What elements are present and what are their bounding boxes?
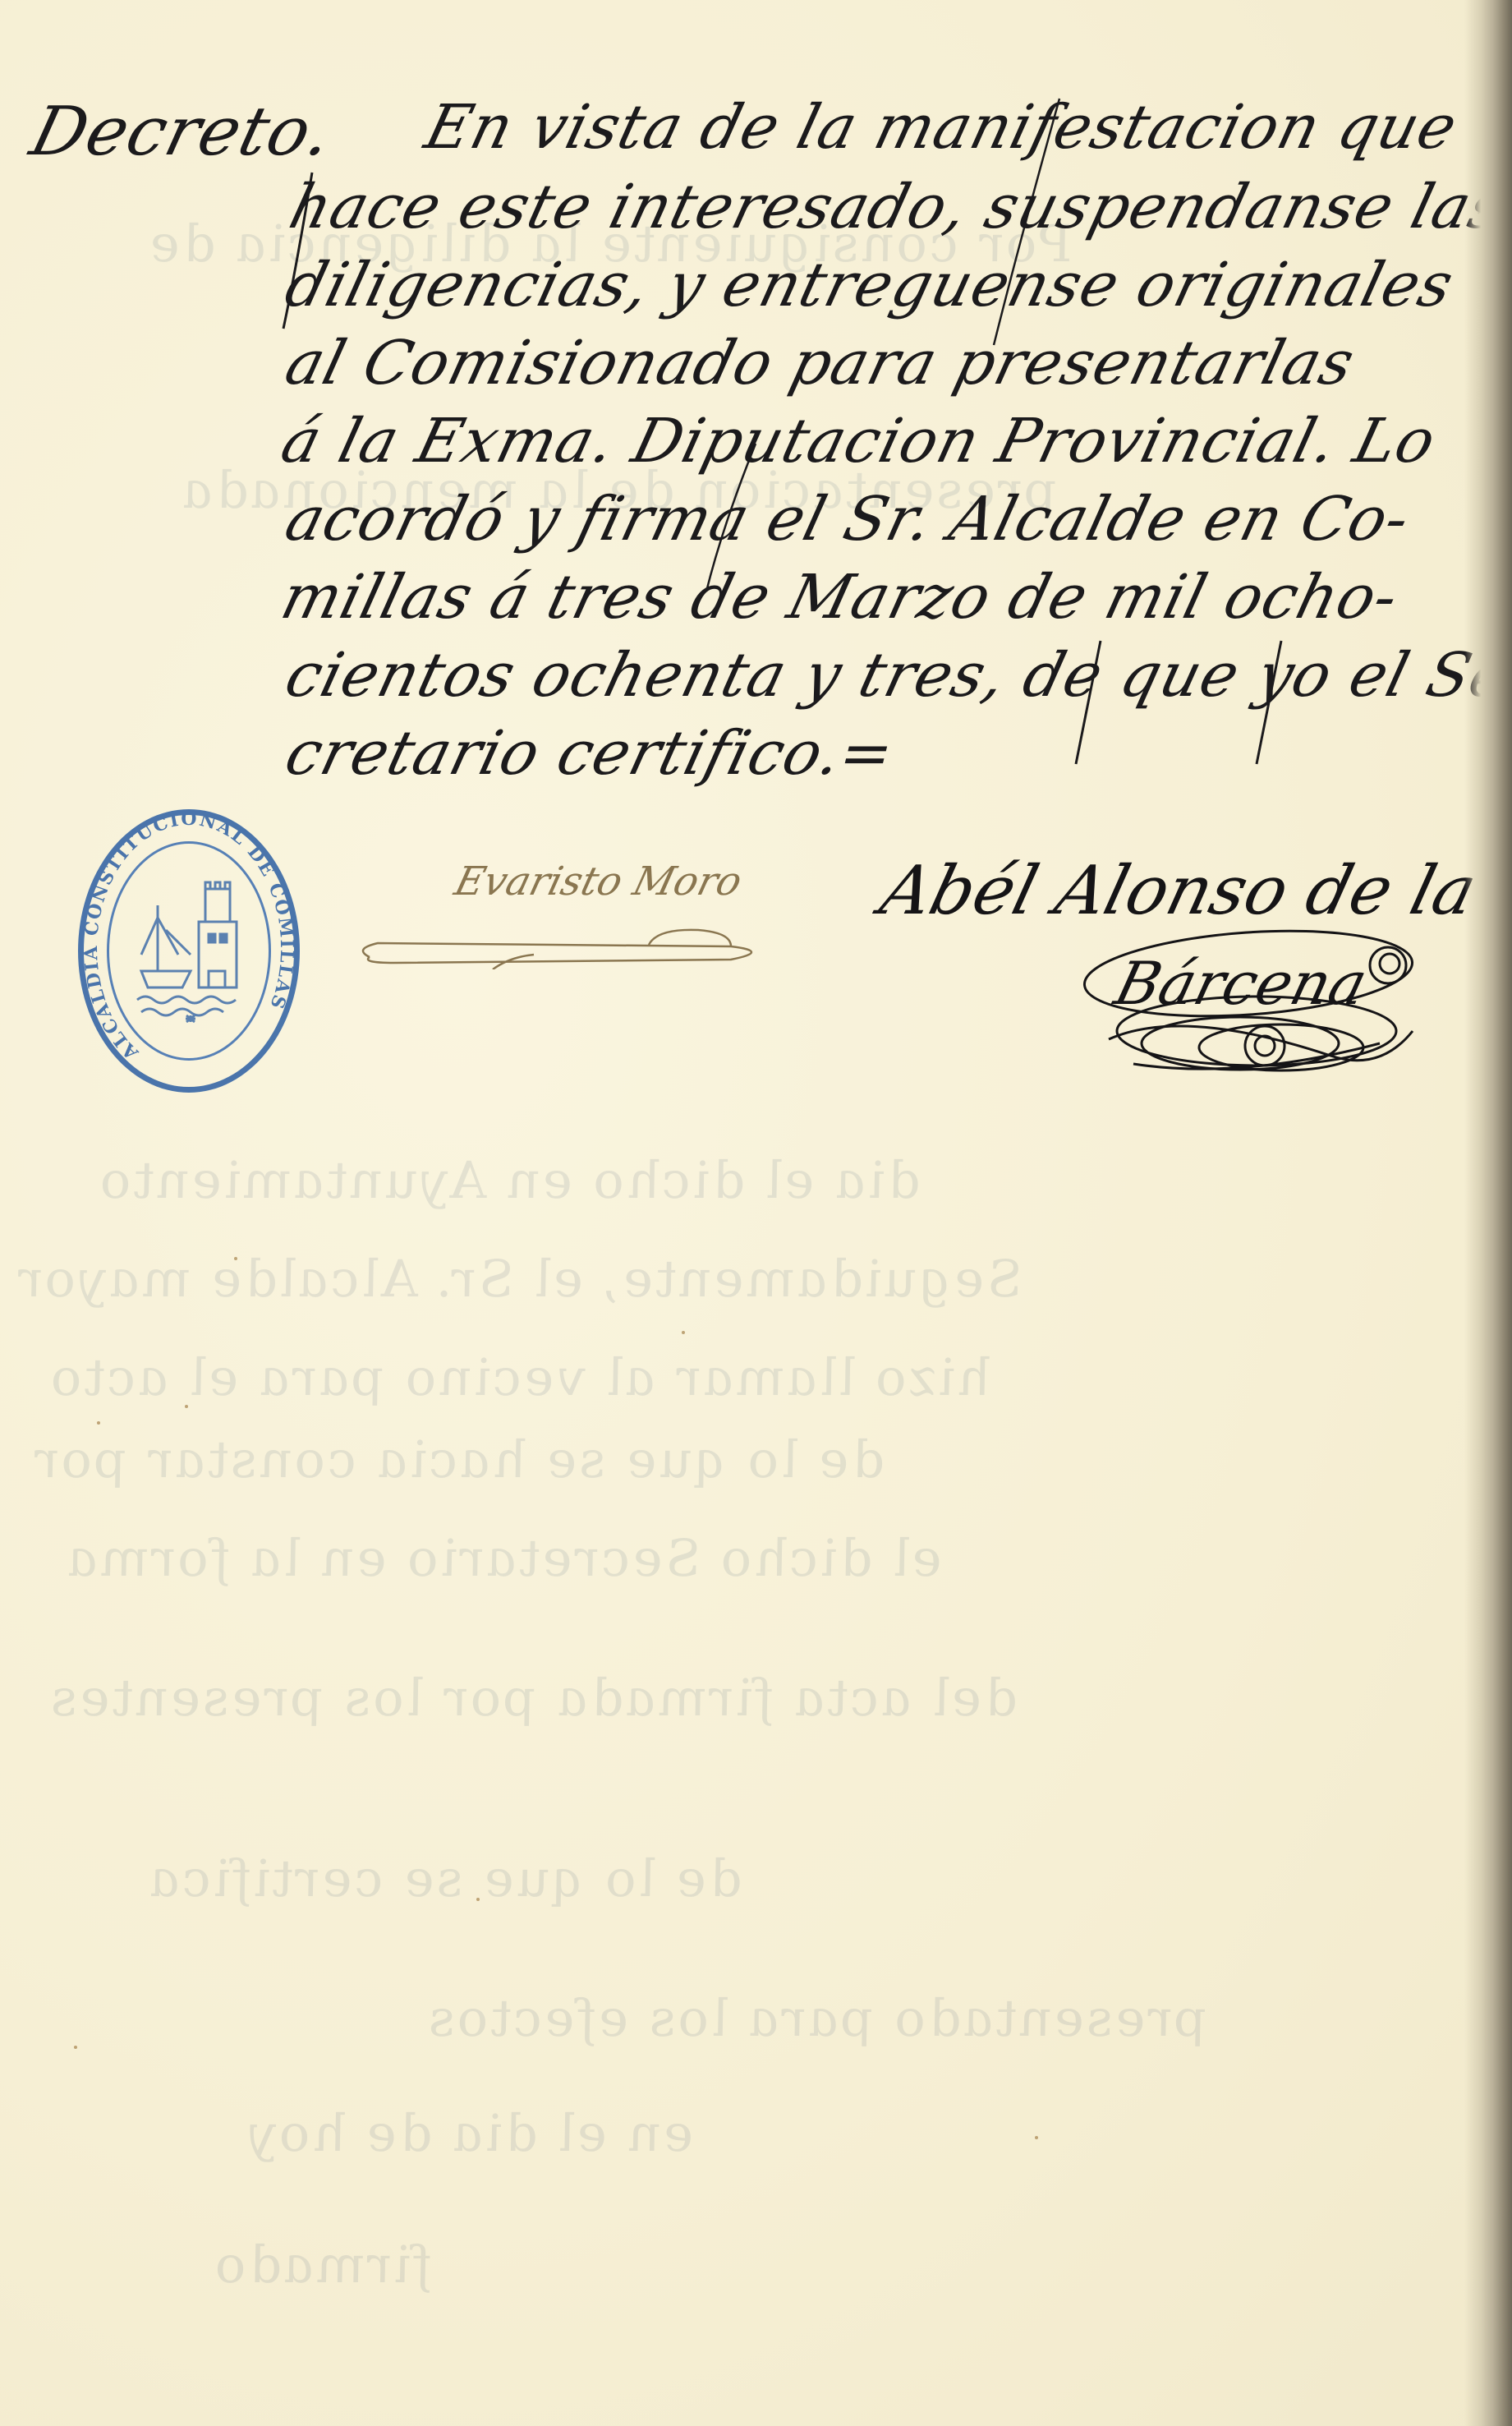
bleed-line: de lo que se hacia constar por	[26, 1429, 891, 1489]
bleed-line: dia el dicho en Ayuntamiento	[92, 1150, 926, 1210]
document-page: Por consiguiente la diligencia de presen…	[0, 0, 1512, 2426]
castle-ship-emblem-icon	[133, 872, 248, 1029]
bleed-line: el dicho Secretario en la forma	[59, 1528, 949, 1588]
bleed-line: del acta firmada por los presentes	[43, 1668, 1023, 1728]
paper-speck	[185, 1405, 188, 1408]
paper-speck	[97, 1421, 100, 1425]
bleed-line: presentado para los efectos	[421, 1988, 1214, 2048]
paper-speck	[74, 2046, 77, 2049]
pen-strokes-decoration	[0, 0, 1512, 822]
paper-speck	[234, 1257, 237, 1260]
mayor-signature: Abél Alonso de la Bárcena	[871, 842, 1462, 1089]
bleed-line: firmado	[207, 2235, 439, 2295]
paper-speck	[476, 1898, 480, 1901]
bleed-line: en el dia de hoy	[240, 2103, 701, 2163]
witness-signature: Evaristo Moro	[345, 854, 805, 969]
official-seal-stamp: ALCALDIA CONSTITUCIONAL DE COMILLAS	[78, 809, 300, 1093]
bleed-line: hizo llamar al vecino para el acto	[43, 1347, 997, 1407]
book-spine-shadow	[1464, 0, 1512, 2426]
bleed-line: de lo que se certifica	[141, 1848, 748, 1908]
paper-speck	[1035, 2136, 1038, 2139]
rubrica-flourish	[871, 842, 1462, 1089]
paper-speck	[682, 1331, 685, 1334]
witness-flourish	[345, 854, 805, 969]
bleed-line: Seguidamente, el Sr. Alcalde mayor	[10, 1249, 1028, 1309]
decree-text-block: Decreto. En vista de la manifestacion qu…	[0, 0, 1512, 822]
